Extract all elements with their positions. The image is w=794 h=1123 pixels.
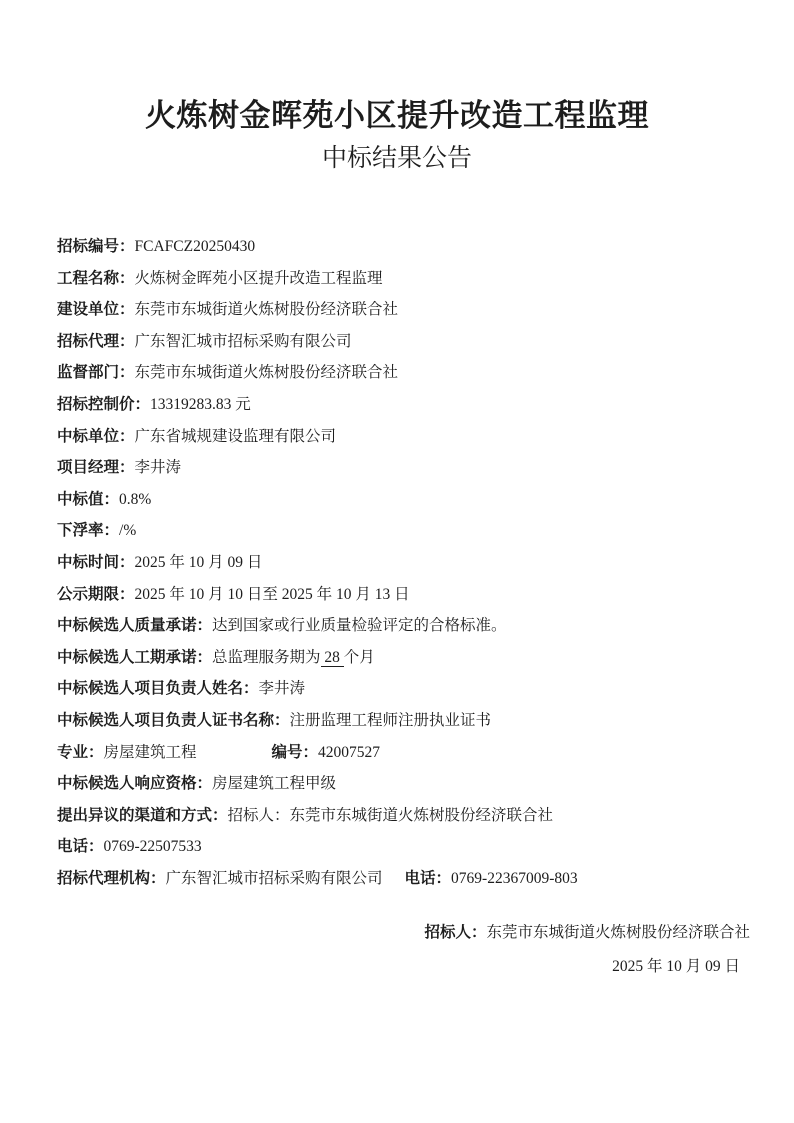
- field-value: 总监理服务期为: [212, 649, 321, 666]
- document-field-row: 招标控制价：13319283.83 元: [57, 389, 750, 421]
- document-field-row: 电话：0769-22507533: [57, 831, 750, 863]
- field-value: 0769-22367009-803: [451, 870, 578, 887]
- document-field-row: 招标代理：广东智汇城市招标采购有限公司: [57, 326, 750, 358]
- field-label: 下浮率：: [57, 522, 119, 539]
- field-label: 中标候选人项目负责人证书名称：: [57, 712, 290, 729]
- field-label: 招标代理：: [57, 333, 135, 350]
- footer-issuer-line: 招标人：东莞市东城街道火炼树股份经济联合社: [0, 916, 750, 950]
- field-value: 28: [321, 649, 344, 667]
- document-field-row: 中标候选人项目负责人姓名：李井涛: [57, 673, 750, 705]
- field-label: 招标编号：: [57, 238, 135, 255]
- field-value: 2025 年 10 月 10 日至 2025 年 10 月 13 日: [135, 586, 410, 603]
- field-value: 房屋建筑工程: [104, 744, 197, 761]
- field-label: 监督部门：: [57, 364, 135, 381]
- field-label: 中标候选人响应资格：: [57, 775, 212, 792]
- document-page: 火炼树金晖苑小区提升改造工程监理 中标结果公告 招标编号：FCAFCZ20250…: [0, 0, 794, 1123]
- document-field-row: 公示期限：2025 年 10 月 10 日至 2025 年 10 月 13 日: [57, 579, 750, 611]
- document-footer: 招标人：东莞市东城街道火炼树股份经济联合社 2025 年 10 月 09 日: [0, 916, 750, 984]
- document-field-row: 提出异议的渠道和方式：招标人：东莞市东城街道火炼树股份经济联合社: [57, 800, 750, 832]
- document-field-row: 中标候选人响应资格：房屋建筑工程甲级: [57, 768, 750, 800]
- field-label: 中标候选人质量承诺：: [57, 617, 212, 634]
- document-field-row: 专业：房屋建筑工程编号：42007527: [57, 737, 750, 769]
- field-value: 广东智汇城市招标采购有限公司: [135, 333, 352, 350]
- field-value: 广东省城规建设监理有限公司: [135, 428, 337, 445]
- footer-issuer-value: 东莞市东城街道火炼树股份经济联合社: [486, 924, 750, 941]
- field-label: 电话：: [57, 838, 104, 855]
- field-label: 中标候选人工期承诺：: [57, 649, 212, 666]
- field-label: 工程名称：: [57, 270, 135, 287]
- document-field-row: 建设单位：东莞市东城街道火炼树股份经济联合社: [57, 294, 750, 326]
- field-gap: [383, 882, 405, 883]
- document-field-row: 工程名称：火炼树金晖苑小区提升改造工程监理: [57, 263, 750, 295]
- field-label: 电话：: [405, 870, 452, 887]
- document-field-row: 项目经理：李井涛: [57, 452, 750, 484]
- field-value: 东莞市东城街道火炼树股份经济联合社: [135, 301, 399, 318]
- field-value: 东莞市东城街道火炼树股份经济联合社: [135, 364, 399, 381]
- field-label: 中标候选人项目负责人姓名：: [57, 680, 259, 697]
- field-label: 中标单位：: [57, 428, 135, 445]
- field-value: 房屋建筑工程甲级: [212, 775, 336, 792]
- field-value: 达到国家或行业质量检验评定的合格标准。: [212, 617, 507, 634]
- field-label: 编号：: [272, 744, 319, 761]
- field-label: 公示期限：: [57, 586, 135, 603]
- field-label: 建设单位：: [57, 301, 135, 318]
- document-field-row: 中标时间：2025 年 10 月 09 日: [57, 547, 750, 579]
- field-value: /%: [119, 522, 136, 539]
- field-value: 李井涛: [135, 459, 182, 476]
- document-field-row: 中标候选人质量承诺：达到国家或行业质量检验评定的合格标准。: [57, 610, 750, 642]
- document-subtitle: 中标结果公告: [0, 143, 794, 175]
- document-field-row: 招标代理机构：广东智汇城市招标采购有限公司电话：0769-22367009-80…: [57, 863, 750, 895]
- field-value: 火炼树金晖苑小区提升改造工程监理: [135, 270, 383, 287]
- field-label: 项目经理：: [57, 459, 135, 476]
- field-value: 0769-22507533: [104, 838, 202, 855]
- document-field-row: 中标值：0.8%: [57, 484, 750, 516]
- document-field-row: 下浮率：/%: [57, 515, 750, 547]
- field-gap: [197, 756, 272, 757]
- field-value: 广东智汇城市招标采购有限公司: [166, 870, 383, 887]
- document-field-row: 中标候选人项目负责人证书名称：注册监理工程师注册执业证书: [57, 705, 750, 737]
- field-value: 2025 年 10 月 09 日: [135, 554, 263, 571]
- document-body: 招标编号：FCAFCZ20250430工程名称：火炼树金晖苑小区提升改造工程监理…: [57, 231, 750, 894]
- field-value: FCAFCZ20250430: [135, 238, 256, 255]
- document-field-row: 招标编号：FCAFCZ20250430: [57, 231, 750, 263]
- field-value: 招标人：东莞市东城街道火炼树股份经济联合社: [228, 807, 554, 824]
- field-value: 个月: [344, 649, 375, 666]
- field-label: 招标代理机构：: [57, 870, 166, 887]
- field-value: 0.8%: [119, 491, 151, 508]
- field-label: 专业：: [57, 744, 104, 761]
- document-field-row: 监督部门：东莞市东城街道火炼树股份经济联合社: [57, 357, 750, 389]
- footer-date: 2025 年 10 月 09 日: [0, 950, 750, 984]
- field-label: 提出异议的渠道和方式：: [57, 807, 228, 824]
- field-value: 注册监理工程师注册执业证书: [290, 712, 492, 729]
- field-label: 中标时间：: [57, 554, 135, 571]
- field-label: 中标值：: [57, 491, 119, 508]
- field-label: 招标控制价：: [57, 396, 150, 413]
- document-title: 火炼树金晖苑小区提升改造工程监理: [0, 0, 794, 136]
- footer-issuer-label: 招标人：: [424, 924, 486, 941]
- document-field-row: 中标单位：广东省城规建设监理有限公司: [57, 421, 750, 453]
- field-value: 13319283.83 元: [150, 396, 251, 413]
- field-value: 李井涛: [259, 680, 306, 697]
- document-field-row: 中标候选人工期承诺：总监理服务期为 28 个月: [57, 642, 750, 674]
- field-value: 42007527: [318, 744, 380, 761]
